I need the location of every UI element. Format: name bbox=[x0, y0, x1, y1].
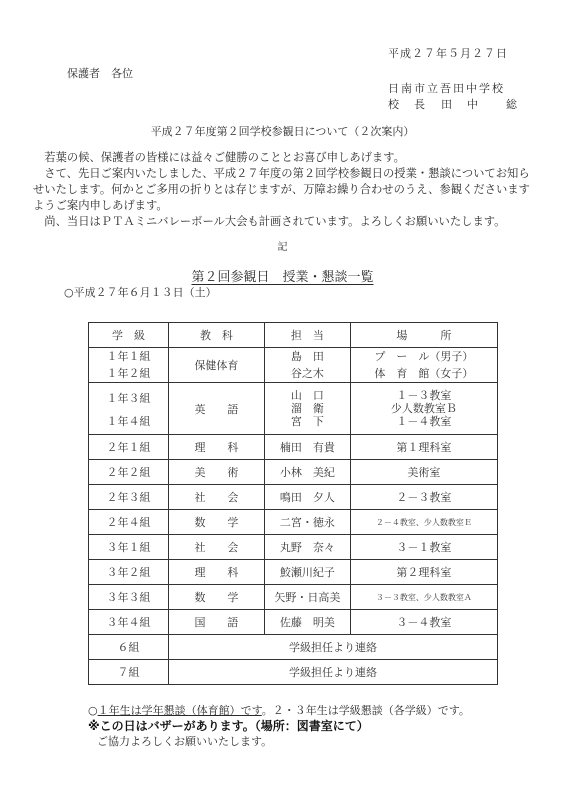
merged-note-cell: 学級担任より連絡 bbox=[168, 635, 497, 660]
place-cell: プ ー ル（男子） 体 育 館（女子） bbox=[350, 348, 497, 383]
recipient: 保護者 各位 bbox=[67, 65, 133, 81]
place-cell: ３－４教室 bbox=[350, 610, 497, 635]
principal-name: 田 中 総 bbox=[441, 98, 519, 111]
place-cell: ２－３教室 bbox=[350, 485, 497, 510]
subject-cell: 社 会 bbox=[168, 535, 264, 560]
place-cell: １－３教室 少人数教室Ｂ １－４教室 bbox=[350, 383, 497, 435]
teacher-cell: 山 口 溜 衛 宮 下 bbox=[264, 383, 350, 435]
column-header-place: 場 所 bbox=[350, 323, 497, 348]
teacher-cell: 小林 美紀 bbox=[264, 460, 350, 485]
class-cell: １年１組 １年２組 bbox=[89, 348, 169, 383]
document-date: 平成２７年５月２７日 bbox=[388, 45, 508, 61]
teacher-cell: 鳴田 夕人 bbox=[264, 485, 350, 510]
teacher-cell: 丸野 奈々 bbox=[264, 535, 350, 560]
place-cell: ３－１教室 bbox=[350, 535, 497, 560]
subject-cell: 英 語 bbox=[168, 383, 264, 435]
note-grade-meetings: ○１年生は学年懇談（体育館）です。２・３年生は学級懇談（各学級）です。 bbox=[88, 702, 470, 718]
class-cell: ２年１組 bbox=[89, 435, 169, 460]
place-cell: 第２理科室 bbox=[350, 560, 497, 585]
principal-title: 校 長 bbox=[388, 98, 427, 111]
table-row: １年３組 １年４組 英 語 山 口 溜 衛 宮 下 １－３教室 少人数教室Ｂ １… bbox=[89, 383, 498, 435]
place-cell: 第１理科室 bbox=[350, 435, 497, 460]
class-cell: ２年４組 bbox=[89, 510, 169, 535]
class-cell: ３年１組 bbox=[89, 535, 169, 560]
table-row: ２年４組 数 学 二宮・徳永 ２－４教室、少人数教室Ｅ bbox=[89, 510, 498, 535]
paragraph-line: 若葉の候、保護者の皆様には益々ご健勝のこととお喜び申しあげます。 bbox=[33, 150, 530, 166]
place-cell: 美術室 bbox=[350, 460, 497, 485]
teacher-cell: 島 田 谷之木 bbox=[264, 348, 350, 383]
paragraph-line: さて、先日ご案内いたしました、平成２７年度の第２回学校参観日の授業・懇談について… bbox=[33, 166, 530, 182]
subject-cell: 美 術 bbox=[168, 460, 264, 485]
teacher-cell: 鮫瀬川紀子 bbox=[264, 560, 350, 585]
class-cell: ２年２組 bbox=[89, 460, 169, 485]
table-row: ２年３組 社 会 鳴田 夕人 ２－３教室 bbox=[89, 485, 498, 510]
class-cell: ２年３組 bbox=[89, 485, 169, 510]
body-text: 若葉の候、保護者の皆様には益々ご健勝のこととお喜び申しあげます。 さて、先日ご案… bbox=[33, 150, 530, 230]
class-cell: ３年４組 bbox=[89, 610, 169, 635]
subject-cell: 国 語 bbox=[168, 610, 264, 635]
subject-cell: 理 科 bbox=[168, 560, 264, 585]
table-row: ２年１組 理 科 楠田 有貴 第１理科室 bbox=[89, 435, 498, 460]
place-cell: ３－３教室、少人数教室Ａ bbox=[350, 585, 497, 610]
paragraph-line: ようご案内申しあげます。 bbox=[33, 198, 530, 214]
paragraph-line: 尚、当日はＰＴＡミニバレーボール大会も計画されています。よろしくお願いいたします… bbox=[33, 214, 530, 230]
table-row: ３年１組 社 会 丸野 奈々 ３－１教室 bbox=[89, 535, 498, 560]
teacher-cell: 二宮・徳永 bbox=[264, 510, 350, 535]
subject-cell: 社 会 bbox=[168, 485, 264, 510]
subject-cell: 数 学 bbox=[168, 510, 264, 535]
ki-heading: 記 bbox=[0, 238, 565, 253]
teacher-cell: 楠田 有貴 bbox=[264, 435, 350, 460]
place-cell: ２－４教室、少人数教室Ｅ bbox=[350, 510, 497, 535]
paragraph-line: せいたします。何かとご多用の折りとは存じますが、万障お繰り合わせのうえ、参観くだ… bbox=[33, 182, 530, 198]
subject-cell: 理 科 bbox=[168, 435, 264, 460]
schedule-title: 第２回参観日 授業・懇談一覧 bbox=[0, 266, 565, 285]
table-row: ３年３組 数 学 矢野・日高美 ３－３教室、少人数教室Ａ bbox=[89, 585, 498, 610]
subject-cell: 数 学 bbox=[168, 585, 264, 610]
table-row: ６組 学級担任より連絡 bbox=[89, 635, 498, 660]
table-row: １年１組 １年２組 保健体育 島 田 谷之木 プ ー ル（男子） 体 育 館（女… bbox=[89, 348, 498, 383]
class-cell: ３年３組 bbox=[89, 585, 169, 610]
table-row: ３年４組 国 語 佐藤 明美 ３－４教室 bbox=[89, 610, 498, 635]
class-cell: ６組 bbox=[89, 635, 169, 660]
principal: 校 長田 中 総 bbox=[388, 96, 519, 112]
table-row: ７組 学級担任より連絡 bbox=[89, 660, 498, 685]
subject-cell: 保健体育 bbox=[168, 348, 264, 383]
merged-note-cell: 学級担任より連絡 bbox=[168, 660, 497, 685]
class-cell: １年３組 １年４組 bbox=[89, 383, 169, 435]
document-title: 平成２７年度第２回学校参観日について（２次案内） bbox=[0, 123, 565, 139]
table-header-row: 学 級 教 科 担 当 場 所 bbox=[89, 323, 498, 348]
event-date: ○平成２７年６月１３日（土） bbox=[64, 284, 217, 300]
note-bazaar: ※この日はバザーがあります。（場所：図書室にて） bbox=[88, 717, 369, 734]
class-cell: ３年２組 bbox=[89, 560, 169, 585]
column-header-subject: 教 科 bbox=[168, 323, 264, 348]
table-row: ２年２組 美 術 小林 美紀 美術室 bbox=[89, 460, 498, 485]
note-closing: ご協力よろしくお願いいたします。 bbox=[97, 733, 272, 749]
class-cell: ７組 bbox=[89, 660, 169, 685]
teacher-cell: 矢野・日高美 bbox=[264, 585, 350, 610]
column-header-class: 学 級 bbox=[89, 323, 169, 348]
column-header-teacher: 担 当 bbox=[264, 323, 350, 348]
school-name: 日南市立吾田中学校 bbox=[388, 80, 505, 96]
teacher-cell: 佐藤 明美 bbox=[264, 610, 350, 635]
schedule-table: 学 級 教 科 担 当 場 所 １年１組 １年２組 保健体育 島 田 谷之木 プ… bbox=[88, 322, 498, 685]
table-row: ３年２組 理 科 鮫瀬川紀子 第２理科室 bbox=[89, 560, 498, 585]
